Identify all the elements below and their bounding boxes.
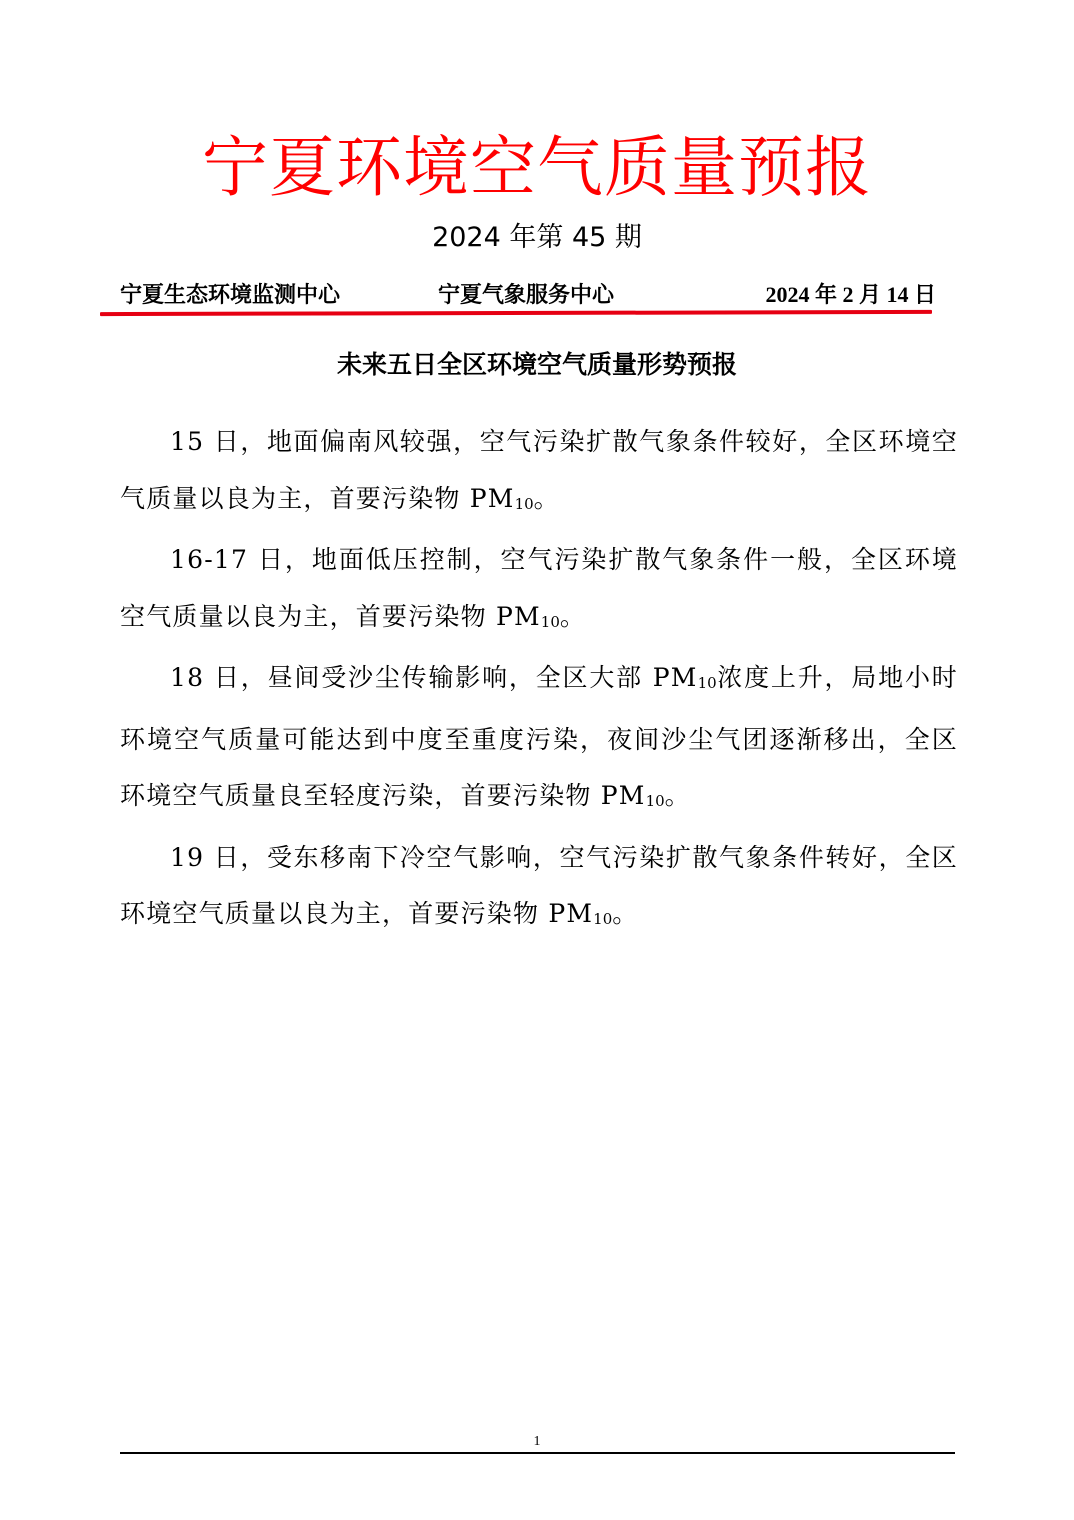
forecast-paragraph-19: 19 日，受东移南下冷空气影响，空气污染扩散气象条件转好，全区环境空气质量以良为… — [120, 830, 958, 948]
paragraph-text: 16-17 日，地面低压控制，空气污染扩散气象条件一般，全区环境空气质量以良为主… — [120, 545, 958, 631]
publisher-ecology-center: 宁夏生态环境监测中心 — [120, 279, 340, 311]
publish-date: 2024 年 2 月 14 日 — [765, 279, 936, 311]
paragraph-text: 18 日，昼间受沙尘传输影响，全区大部 PM — [170, 663, 698, 692]
forecast-body: 15 日，地面偏南风较强，空气污染扩散气象条件较好，全区环境空气质量以良为主，首… — [120, 414, 958, 948]
forecast-paragraph-16-17: 16-17 日，地面低压控制，空气污染扩散气象条件一般，全区环境空气质量以良为主… — [120, 532, 958, 650]
section-title: 未来五日全区环境空气质量形势预报 — [0, 345, 1074, 385]
subscript: 10 — [646, 792, 665, 810]
paragraph-tail: 。 — [534, 484, 560, 513]
subscript: 10 — [515, 495, 534, 513]
paragraph-tail: 。 — [665, 781, 691, 810]
subscript: 10 — [593, 910, 612, 928]
publisher-row: 宁夏生态环境监测中心 宁夏气象服务中心 2024 年 2 月 14 日 — [120, 279, 936, 311]
page-number: 1 — [0, 1433, 1074, 1451]
masthead-title: 宁夏环境空气质量预报 — [0, 128, 1074, 208]
issue-number: 2024 年第 45 期 — [0, 220, 1074, 256]
paragraph-tail: 。 — [560, 602, 586, 631]
subscript: 10 — [698, 674, 717, 692]
footer-divider — [120, 1452, 955, 1454]
forecast-paragraph-15: 15 日，地面偏南风较强，空气污染扩散气象条件较好，全区环境空气质量以良为主，首… — [120, 414, 958, 532]
forecast-paragraph-18: 18 日，昼间受沙尘传输影响，全区大部 PM10浓度上升，局地小时环境空气质量可… — [120, 650, 958, 830]
publisher-meteorology-center: 宁夏气象服务中心 — [438, 279, 614, 311]
subscript: 10 — [541, 613, 560, 631]
paragraph-text: 19 日，受东移南下冷空气影响，空气污染扩散气象条件转好，全区环境空气质量以良为… — [120, 843, 958, 929]
red-divider — [100, 310, 932, 316]
paragraph-tail: 。 — [612, 899, 638, 928]
